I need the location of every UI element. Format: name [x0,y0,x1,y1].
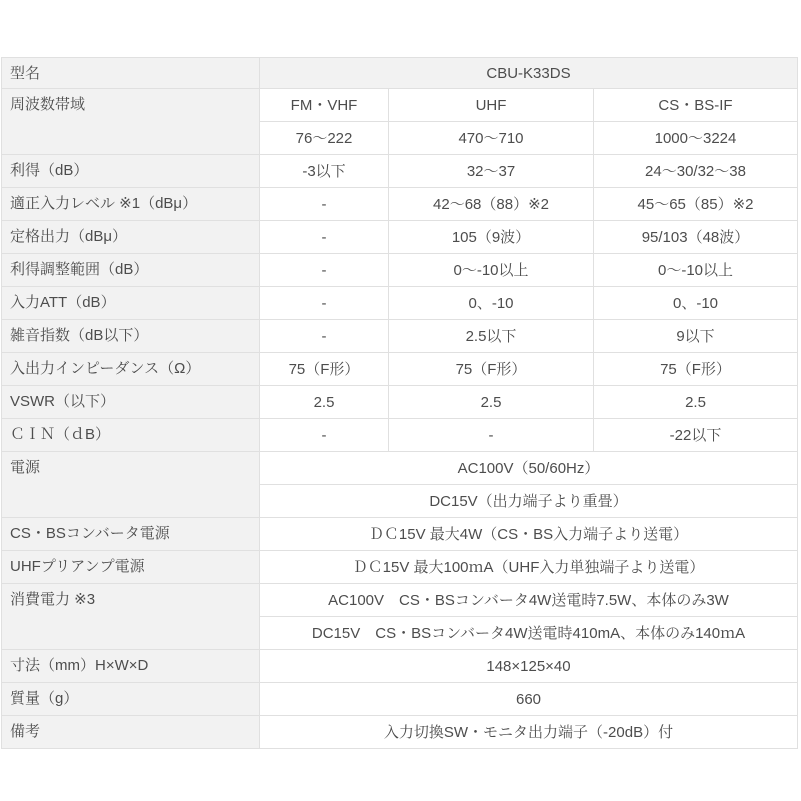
cell-rated-output-cs-bs: 95/103（48波） [594,221,798,254]
page: 型名 CBU-K33DS 周波数帯域 FM・VHF UHF CS・BS-IF 7… [0,0,801,801]
row-label-input-att: 入力ATT（dB） [2,287,260,320]
consumption-row-ac: 消費電力 ※3 AC100V CS・BSコンバータ4W送電時7.5W、本体のみ3… [2,584,798,617]
row-label-rated-output: 定格出力（dBμ） [2,221,260,254]
spec-row-input-att: 入力ATT（dB） - 0、-10 0、-10 [2,287,798,320]
cell-gain-uhf: 32～37 [389,155,594,188]
cell-input-level-uhf: 42～68（88）※2 [389,188,594,221]
notes-row: 備考 入力切換SW・モニタ出力端子（-20dB）付 [2,716,798,749]
cell-weight: 660 [260,683,798,716]
row-label-dimensions: 寸法（mm）H×W×D [2,650,260,683]
cell-cin-fm-vhf: - [260,419,389,452]
spec-row-impedance: 入出力インピーダンス（Ω） 75（F形） 75（F形） 75（F形） [2,353,798,386]
cell-impedance-cs-bs: 75（F形） [594,353,798,386]
spec-table: 型名 CBU-K33DS 周波数帯域 FM・VHF UHF CS・BS-IF 7… [1,57,798,749]
cell-notes: 入力切換SW・モニタ出力端子（-20dB）付 [260,716,798,749]
preamp-power-row: UHFプリアンプ電源 ＤＣ15V 最大100ｍA（UHF入力単独端子より送電） [2,551,798,584]
spec-row-rated-output: 定格出力（dBμ） - 105（9波） 95/103（48波） [2,221,798,254]
cell-gain-adjust-cs-bs: 0～-10以上 [594,254,798,287]
band-name-row: 周波数帯域 FM・VHF UHF CS・BS-IF [2,89,798,122]
row-label-input-level: 適正入力レベル ※1（dBμ） [2,188,260,221]
cell-converter-power: ＤＣ15V 最大4W（CS・BS入力端子より送電） [260,518,798,551]
dimensions-row: 寸法（mm）H×W×D 148×125×40 [2,650,798,683]
cell-input-level-fm-vhf: - [260,188,389,221]
spec-row-gain: 利得（dB） -3以下 32～37 24～30/32～38 [2,155,798,188]
cell-input-level-cs-bs: 45～65（85）※2 [594,188,798,221]
row-label-gain: 利得（dB） [2,155,260,188]
cell-gain-cs-bs: 24～30/32～38 [594,155,798,188]
cell-noise-figure-uhf: 2.5以下 [389,320,594,353]
model-value: CBU-K33DS [260,58,798,89]
spec-row-cin: ＣＩＮ（ｄB） - - -22以下 [2,419,798,452]
spec-row-vswr: VSWR（以下） 2.5 2.5 2.5 [2,386,798,419]
row-label-notes: 備考 [2,716,260,749]
cell-power-dc: DC15V（出力端子より重畳） [260,485,798,518]
row-label-weight: 質量（g） [2,683,260,716]
row-label-gain-adjust: 利得調整範囲（dB） [2,254,260,287]
cell-gain-fm-vhf: -3以下 [260,155,389,188]
row-label-noise-figure: 雑音指数（dB以下） [2,320,260,353]
band-column-uhf: UHF [389,89,594,122]
band-range-cs-bs-if: 1000～3224 [594,122,798,155]
cell-noise-figure-cs-bs: 9以下 [594,320,798,353]
power-row-ac: 電源 AC100V（50/60Hz） [2,452,798,485]
cell-impedance-fm-vhf: 75（F形） [260,353,389,386]
row-label-converter-power: CS・BSコンバータ電源 [2,518,260,551]
cell-input-att-fm-vhf: - [260,287,389,320]
cell-consumption-dc: DC15V CS・BSコンバータ4W送電時410mA、本体のみ140ｍA [260,617,798,650]
row-label-cin: ＣＩＮ（ｄB） [2,419,260,452]
cell-gain-adjust-fm-vhf: - [260,254,389,287]
band-column-cs-bs-if: CS・BS-IF [594,89,798,122]
model-row: 型名 CBU-K33DS [2,58,798,89]
model-label: 型名 [2,58,260,89]
row-label-vswr: VSWR（以下） [2,386,260,419]
cell-cin-cs-bs: -22以下 [594,419,798,452]
row-label-preamp-power: UHFプリアンプ電源 [2,551,260,584]
cell-rated-output-uhf: 105（9波） [389,221,594,254]
cell-input-att-uhf: 0、-10 [389,287,594,320]
row-label-power: 電源 [2,452,260,518]
converter-power-row: CS・BSコンバータ電源 ＤＣ15V 最大4W（CS・BS入力端子より送電） [2,518,798,551]
cell-vswr-cs-bs: 2.5 [594,386,798,419]
cell-consumption-ac: AC100V CS・BSコンバータ4W送電時7.5W、本体のみ3W [260,584,798,617]
cell-cin-uhf: - [389,419,594,452]
cell-vswr-uhf: 2.5 [389,386,594,419]
cell-preamp-power: ＤＣ15V 最大100ｍA（UHF入力単独端子より送電） [260,551,798,584]
band-column-fm-vhf: FM・VHF [260,89,389,122]
spec-row-input-level: 適正入力レベル ※1（dBμ） - 42～68（88）※2 45～65（85）※… [2,188,798,221]
cell-gain-adjust-uhf: 0～-10以上 [389,254,594,287]
spec-row-gain-adjust: 利得調整範囲（dB） - 0～-10以上 0～-10以上 [2,254,798,287]
cell-power-ac: AC100V（50/60Hz） [260,452,798,485]
band-range-fm-vhf: 76～222 [260,122,389,155]
cell-vswr-fm-vhf: 2.5 [260,386,389,419]
band-header-label: 周波数帯域 [2,89,260,155]
spec-row-noise-figure: 雑音指数（dB以下） - 2.5以下 9以下 [2,320,798,353]
weight-row: 質量（g） 660 [2,683,798,716]
cell-input-att-cs-bs: 0、-10 [594,287,798,320]
cell-rated-output-fm-vhf: - [260,221,389,254]
cell-noise-figure-fm-vhf: - [260,320,389,353]
row-label-consumption: 消費電力 ※3 [2,584,260,650]
band-range-uhf: 470～710 [389,122,594,155]
row-label-impedance: 入出力インピーダンス（Ω） [2,353,260,386]
cell-dimensions: 148×125×40 [260,650,798,683]
cell-impedance-uhf: 75（F形） [389,353,594,386]
